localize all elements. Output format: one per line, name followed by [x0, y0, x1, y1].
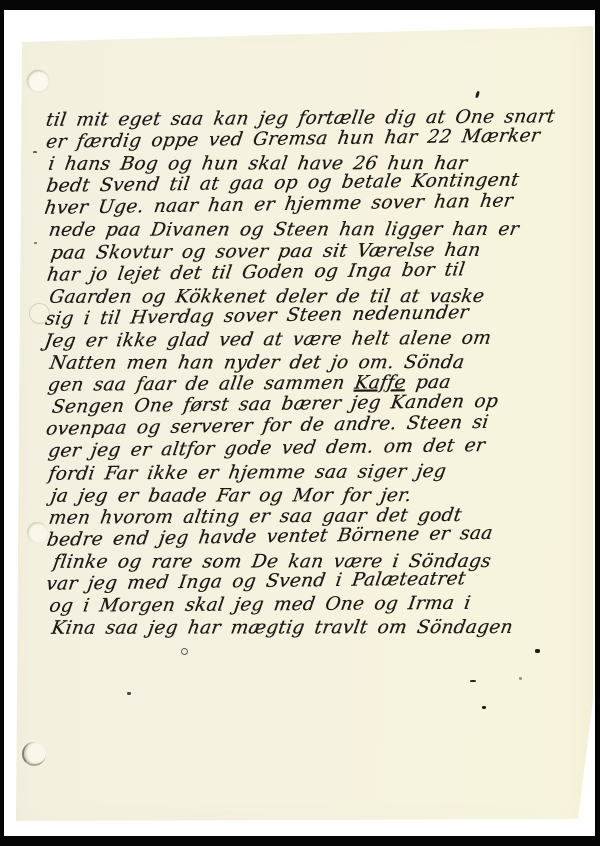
handwriting-text: paa [404, 372, 452, 393]
ink-speck [470, 680, 476, 682]
ink-speck [535, 649, 540, 653]
ink-speck [181, 648, 188, 655]
ink-speck [127, 692, 131, 695]
handwriting-line: fordi Far ikke er hjemme saa siger jeg [47, 460, 566, 486]
ink-speck [33, 151, 37, 153]
punch-hole [27, 522, 48, 543]
ink-speck [482, 706, 486, 709]
ink-speck [34, 242, 37, 244]
punch-hole [27, 70, 49, 92]
ink-speck [519, 677, 522, 680]
handwriting-line: og i Morgen skal jeg med One og Irma i [48, 592, 567, 618]
scan-frame: til mit eget saa kan jeg fortælle dig at… [0, 0, 600, 846]
underlined-word: Kaffe [353, 372, 407, 393]
punch-hole [22, 742, 46, 766]
handwriting: til mit eget saa kan jeg fortælle dig at… [44, 106, 564, 640]
handwriting-line: Jeg er ikke glad ved at være helt alene … [43, 327, 565, 353]
handwriting-line: Kina saa jeg har mægtig travlt om Söndag… [50, 617, 567, 640]
